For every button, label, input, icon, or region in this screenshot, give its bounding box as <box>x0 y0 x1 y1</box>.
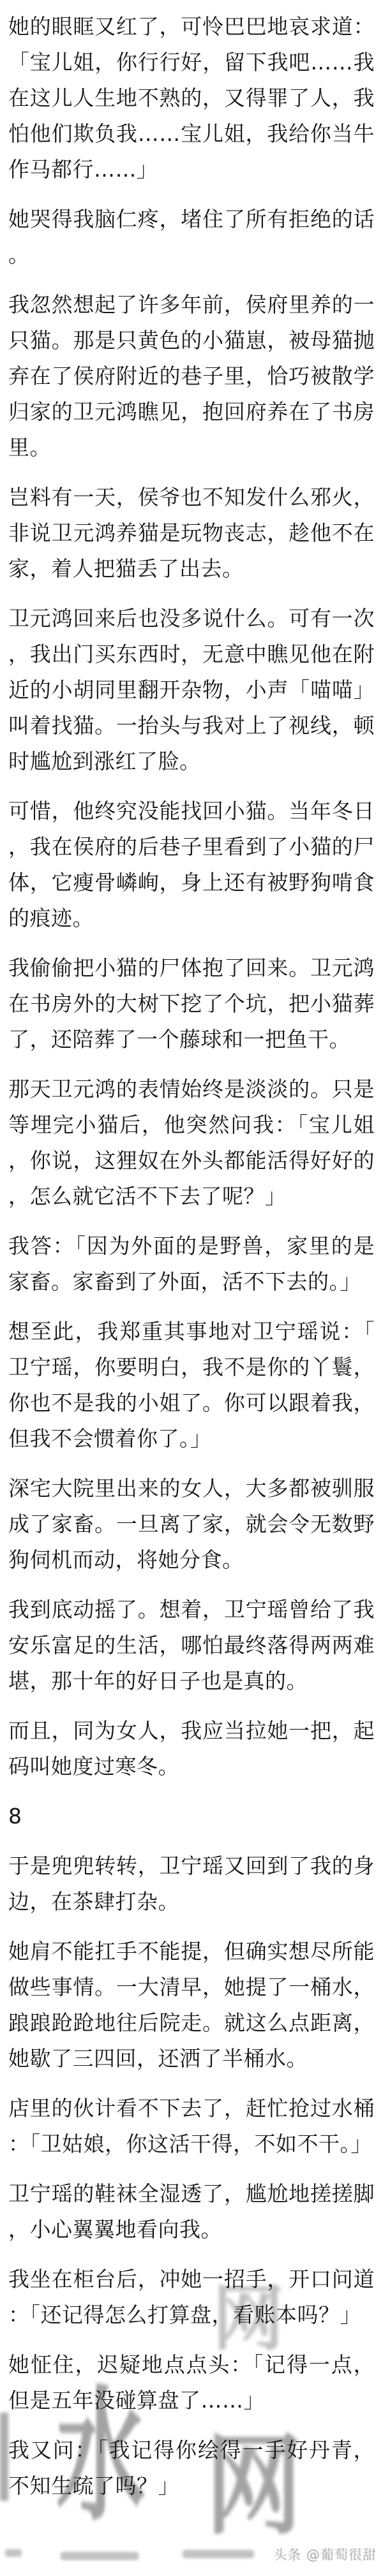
story-paragraph: 我到底动摇了。想着，卫宁瑶曾给了我安乐富足的生活，哪怕最终落得两两难堪，那十年的… <box>8 1592 375 1699</box>
story-paragraph: 她肩不能扛手不能提，但确实想尽所能做些事情。一大清早，她提了一桶水，踉踉跄跄地往… <box>8 1934 375 2077</box>
story-article: 她的眼眶又红了，可怜巴巴地哀求道：「宝儿姐，你行行好，留下我吧……我在这儿人生地… <box>0 0 383 2504</box>
story-paragraph: 想至此，我郑重其事地对卫宁瑶说：「卫宁瑶，你要明白，我不是你的丫鬟，你也不是我的… <box>8 1314 375 1457</box>
story-paragraph: 深宅大院里出来的女人，大多都被驯服成了家畜。一旦离了家，就会令无数野狗伺机而动，… <box>8 1471 375 1578</box>
story-paragraph: 我答：「因为外面的是野兽，家里的是家畜。家畜到了外面，活不下去的。」 <box>8 1228 375 1300</box>
section-number-heading: 8 <box>8 1799 375 1834</box>
story-paragraph: 我偷偷把小猫的尸体抱了回来。卫元鸿在书房外的大树下挖了个坑，把小猫葬了，还陪葬了… <box>8 950 375 1057</box>
story-paragraph: 卫元鸿回来后也没多说什么。可有一次，我出门买东西时，无意中瞧见他在附近的小胡同里… <box>8 601 375 779</box>
story-paragraph: 而且，同为女人，我应当拉她一把，起码叫她度过寒冬。 <box>8 1713 375 1785</box>
blurred-watermark-mark <box>61 2552 139 2560</box>
reader-page: { "page": { "background_color": "#ffffff… <box>0 0 383 2576</box>
blurred-watermark-mark <box>183 2550 254 2558</box>
story-paragraph: 她哭得我脑仁疼，堵住了所有拒绝的话。 <box>8 202 375 273</box>
story-paragraph: 我又问：「我记得你绘得一手好丹青，不知生疏了吗？」 <box>8 2432 375 2504</box>
story-paragraph: 于是兜兜转转，卫宁瑶又回到了我的身边，在茶肆打杂。 <box>8 1848 375 1920</box>
story-paragraph: 岂料有一天，侯爷也不知发什么邪火，非说卫元鸿养猫是玩物丧志，趁他不在家，着人把猫… <box>8 480 375 587</box>
blurred-watermark-mark <box>5 2549 22 2557</box>
story-paragraph: 那天卫元鸿的表情始终是淡淡的。只是等埋完小猫后，他突然问我：「宝儿姐，你说，这狸… <box>8 1071 375 1214</box>
story-paragraph: 卫宁瑶的鞋袜全湿透了，尴尬地搓搓脚，小心翼翼地看向我。 <box>8 2176 375 2248</box>
story-paragraph: 店里的伙计看不下去了，赶忙抢过水桶：「卫姑娘，你这活干得，不如不干。」 <box>8 2091 375 2162</box>
story-paragraph: 我忽然想起了许多年前，侯府里养的一只猫。那是只黄色的小猫崽，被母猫抛弃在了侯府附… <box>8 287 375 466</box>
attribution-watermark: 头条 @葡萄很甜 <box>273 2545 377 2564</box>
story-paragraph: 可惜，他终究没能找回小猫。当年冬日，我在侯府的后巷子里看到了小猫的尸体，它瘦骨嶙… <box>8 793 375 936</box>
story-paragraph: 我坐在柜台后，冲她一招手，开口问道：「还记得怎么打算盘，看账本吗？」 <box>8 2262 375 2333</box>
story-paragraph: 她怔住，迟疑地点点头：「记得一点，但是五年没碰算盘了……」 <box>8 2347 375 2418</box>
story-paragraph: 她的眼眶又红了，可怜巴巴地哀求道：「宝儿姐，你行行好，留下我吧……我在这儿人生地… <box>8 9 375 188</box>
